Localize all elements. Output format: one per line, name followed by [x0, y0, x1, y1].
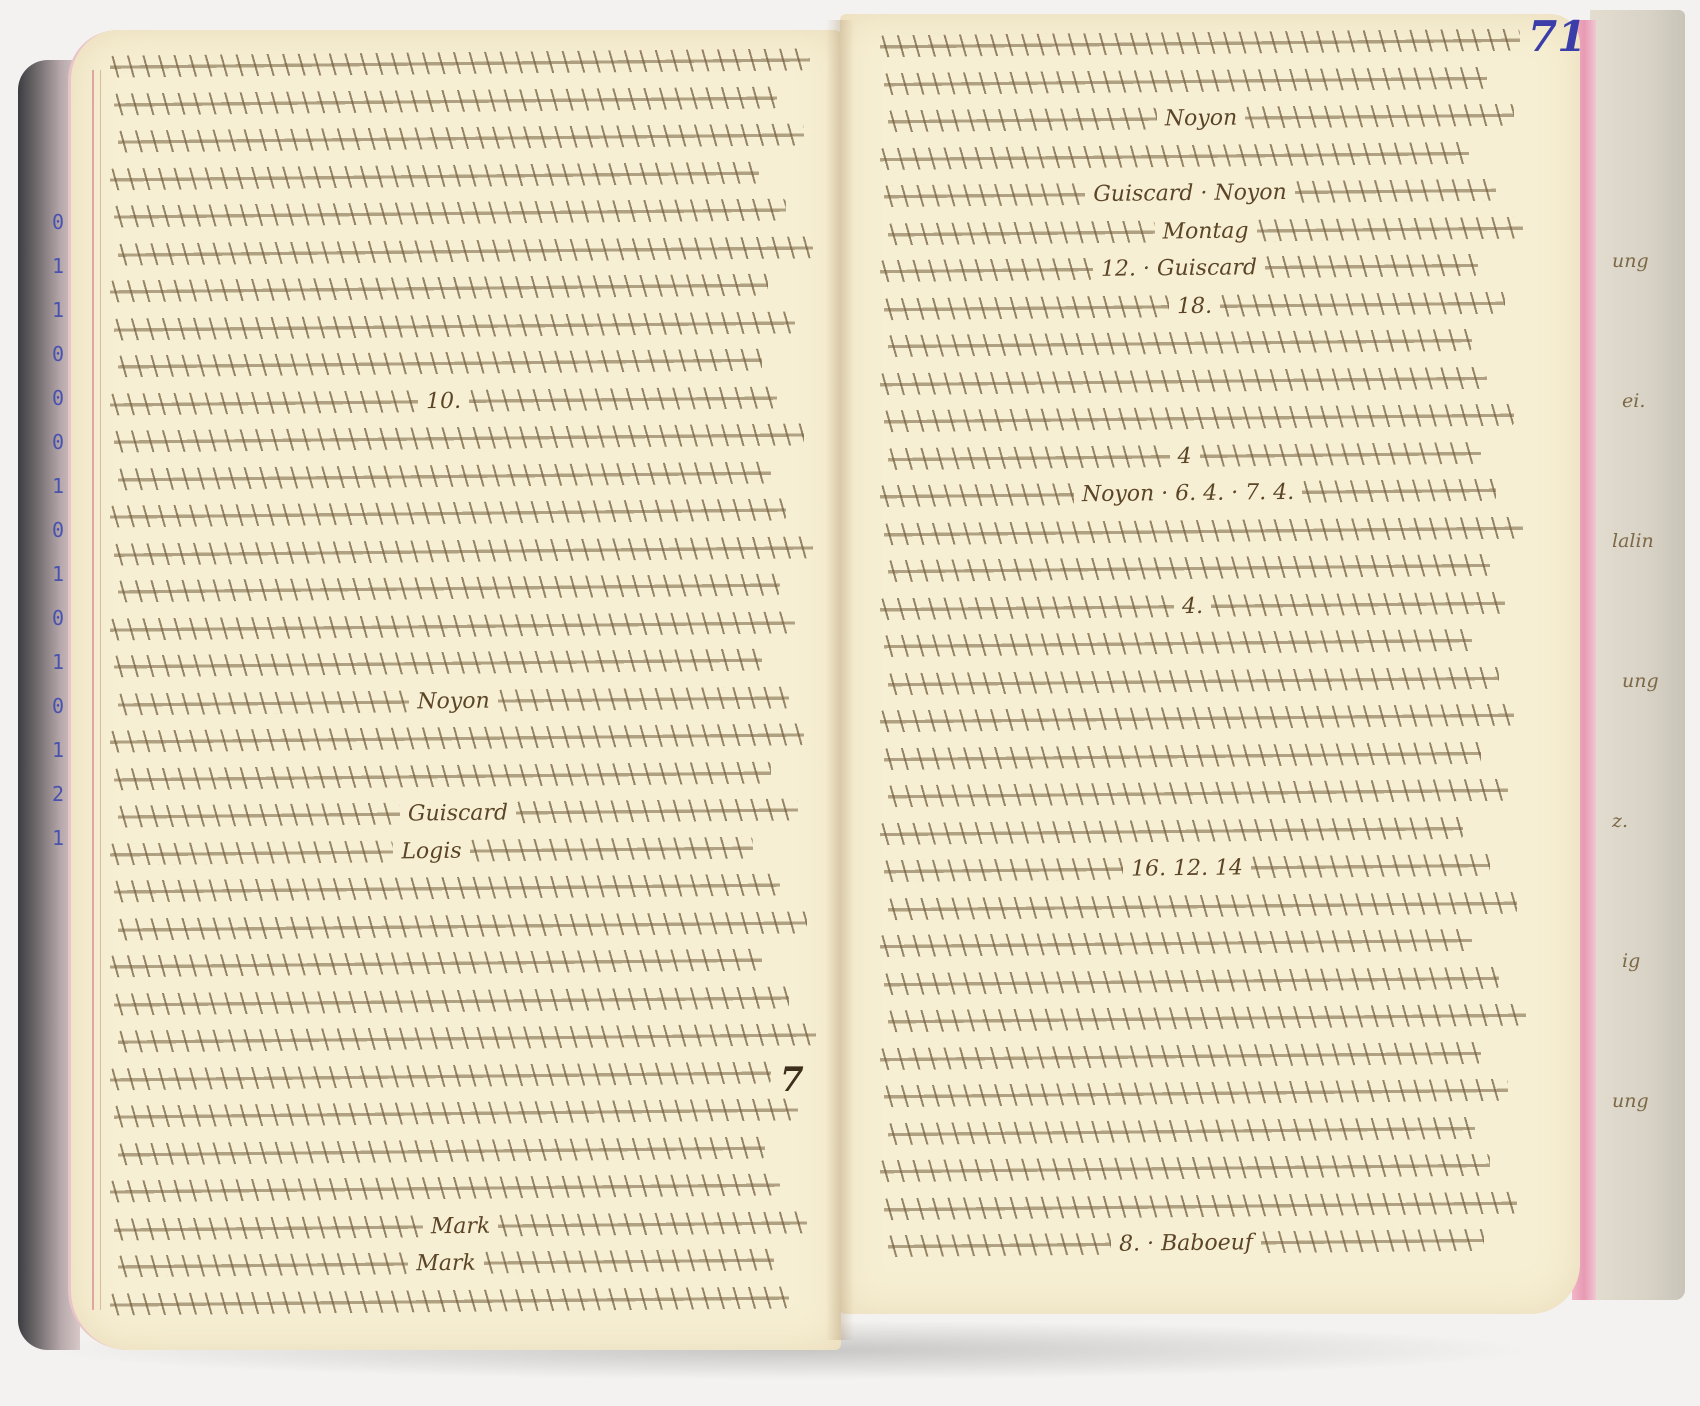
ink-stroke: [880, 595, 1174, 620]
facing-page-fragment: ei.: [1622, 390, 1645, 412]
ink-stroke: [110, 1173, 780, 1202]
ink-stroke: [118, 349, 762, 378]
ink-stroke: [516, 798, 798, 823]
legible-fragment: Guiscard: [400, 800, 516, 826]
right_page-handwritten-line: [888, 887, 1517, 924]
ink-stroke: [888, 220, 1155, 245]
legible-fragment: Mark: [408, 1250, 484, 1276]
tally-mark: 0: [52, 684, 82, 728]
ink-stroke: [1256, 216, 1523, 241]
tally-mark: 0: [52, 200, 82, 244]
ink-stroke: [884, 183, 1086, 207]
facing-page-fragment: z.: [1612, 810, 1628, 832]
ink-stroke: [118, 911, 807, 940]
right_page-handwritten-line: 4.: [880, 587, 1505, 624]
tally-mark: 1: [52, 244, 82, 288]
ink-stroke: [888, 1004, 1526, 1033]
legible-fragment: 4: [1169, 443, 1199, 468]
ink-stroke: [880, 1041, 1481, 1069]
ink-stroke: [114, 198, 786, 227]
left_page-handwritten-line: 10.: [110, 382, 777, 419]
tally-mark: 0: [52, 332, 82, 376]
left_page-handwritten-line: [114, 307, 795, 344]
ink-stroke: [884, 1079, 1508, 1108]
ink-stroke: [114, 311, 795, 340]
ink-stroke: [880, 366, 1487, 394]
ink-stroke: [1265, 254, 1478, 278]
facing-page-fragment: ig: [1622, 950, 1640, 972]
book-gutter: [826, 20, 854, 1340]
ink-stroke: [1220, 291, 1505, 316]
ink-stroke: [110, 1286, 789, 1315]
ink-stroke: [118, 690, 410, 715]
facing-page-fragment: ung: [1622, 670, 1659, 692]
legible-fragment: 10.: [418, 388, 469, 414]
ink-stroke: [114, 86, 777, 115]
ink-stroke: [1295, 179, 1497, 203]
left_page-handwritten-line: [118, 1132, 765, 1169]
ink-stroke: [110, 723, 804, 752]
right_page-handwritten-line: [880, 925, 1472, 961]
tally-mark: 1: [52, 464, 82, 508]
ink-stroke: [110, 48, 810, 77]
ink-stroke: [114, 649, 762, 678]
right_page-handwritten-line: 18.: [884, 287, 1505, 324]
left_page-handwritten-line: [114, 982, 789, 1019]
tally-mark: 0: [52, 596, 82, 640]
ink-stroke: [884, 741, 1481, 769]
ink-stroke: [114, 986, 789, 1015]
ink-stroke: [1199, 441, 1481, 466]
right_page-handwritten-line: [880, 1150, 1490, 1186]
ink-stroke: [118, 236, 813, 265]
ink-stroke: [888, 107, 1157, 132]
ink-stroke: [118, 1252, 408, 1277]
right_page-handwritten-line: [880, 1037, 1481, 1073]
ink-stroke: [110, 1061, 771, 1090]
ink-stroke: [880, 704, 1514, 733]
ink-stroke: [888, 666, 1499, 694]
legible-fragment: Mark: [423, 1213, 499, 1239]
ink-stroke: [884, 629, 1472, 657]
left_page-handwritten-line: [114, 82, 777, 119]
ink-stroke: [888, 554, 1490, 582]
margin-rule: [92, 70, 94, 1310]
ink-stroke: [110, 390, 418, 415]
left_page-handwritten-line: [110, 157, 759, 194]
right_page-handwritten-line: Guiscard · Noyon: [884, 175, 1496, 211]
tally-mark: 1: [52, 552, 82, 596]
right_page-handwritten-line: 16. 12. 14: [884, 850, 1490, 886]
legible-fragment: Montag: [1154, 217, 1256, 243]
ink-stroke: [884, 858, 1123, 883]
ink-stroke: [469, 386, 777, 411]
ink-stroke: [880, 29, 1520, 58]
ink-stroke: [888, 445, 1170, 470]
ink-stroke: [1261, 1229, 1484, 1253]
ink-stroke: [884, 1191, 1517, 1220]
facing-page-fragment: lalin: [1612, 530, 1654, 552]
ink-stroke: [110, 274, 768, 303]
left_page-handwritten-line: Logis: [110, 832, 753, 869]
tally-mark: 0: [52, 376, 82, 420]
ink-stroke: [114, 536, 813, 565]
tally-mark: 0: [52, 508, 82, 552]
ink-stroke: [118, 1136, 765, 1165]
ink-stroke: [880, 141, 1469, 169]
ink-stroke: [1251, 854, 1490, 879]
right_page-handwritten-line: [888, 662, 1499, 698]
ink-stroke: [884, 516, 1523, 545]
ink-stroke: [880, 1154, 1490, 1182]
ink-stroke: [110, 840, 394, 865]
ink-stroke: [880, 483, 1074, 507]
ink-stroke: [884, 404, 1514, 433]
margin-rule-inner: [100, 70, 101, 1310]
ink-stroke: [1245, 104, 1514, 129]
page-number: 71: [1528, 12, 1586, 61]
ink-stroke: [498, 1211, 807, 1236]
tally-mark: 1: [52, 728, 82, 772]
facing-page-fragment: ung: [1612, 250, 1649, 272]
ink-stroke: [118, 461, 771, 490]
ink-stroke: [884, 966, 1499, 994]
right_page-handwritten-line: [888, 1112, 1475, 1148]
ink-stroke: [888, 1233, 1111, 1257]
right_page-handwritten-line: [880, 137, 1469, 173]
right_page-handwritten-line: 8. · Baboeuf: [888, 1225, 1484, 1261]
left_page-handwritten-line: [118, 457, 771, 494]
left_page-handwritten-line: [110, 1057, 771, 1094]
right_page-handwritten-line: [888, 325, 1472, 361]
ink-stroke: [498, 686, 790, 711]
ink-stroke: [118, 123, 804, 152]
ink-stroke: [110, 611, 795, 640]
ink-stroke: [114, 1098, 798, 1127]
ink-stroke: [884, 66, 1487, 94]
right_page-handwritten-line: 12. · Guiscard: [880, 250, 1478, 286]
legible-fragment: Noyon · 6. 4. · 7. 4.: [1074, 479, 1302, 506]
ink-stroke: [888, 1116, 1475, 1144]
legible-fragment: Noyon: [1157, 105, 1246, 131]
left_page-handwritten-line: Noyon: [118, 682, 789, 719]
ink-stroke: [118, 803, 400, 828]
ink-stroke: [118, 574, 780, 603]
ink-stroke: [110, 949, 762, 978]
ink-stroke: [880, 929, 1472, 957]
right_page-handwritten-line: [884, 512, 1523, 549]
ink-stroke: [1211, 591, 1505, 616]
legible-fragment: 8. · Baboeuf: [1111, 1230, 1261, 1257]
ink-stroke: [110, 161, 759, 190]
ink-stroke: [880, 258, 1093, 282]
right_page-handwritten-line: [884, 625, 1472, 661]
right_page-handwritten-line: [884, 62, 1487, 98]
ink-stroke: [114, 874, 780, 903]
ink-stroke: [888, 891, 1517, 920]
legible-fragment: 4.: [1174, 593, 1211, 618]
left_page-handwritten-line: [114, 757, 771, 794]
right_page-handwritten-line: [884, 962, 1499, 998]
ink-stroke: [114, 423, 804, 452]
legible-fragment: 16. 12. 14: [1123, 855, 1251, 881]
left_page-handwritten-line: [110, 1282, 789, 1319]
tally-mark: 1: [52, 816, 82, 860]
legible-fragment: 12. · Guiscard: [1093, 255, 1265, 282]
margin-mark: 7: [780, 1060, 804, 1100]
legible-fragment: 18.: [1169, 293, 1220, 319]
ink-stroke: [110, 498, 786, 527]
right_page-handwritten-line: Montag: [888, 212, 1523, 249]
tally-mark: 2: [52, 772, 82, 816]
ink-stroke: [888, 329, 1472, 357]
tally-mark: 1: [52, 640, 82, 684]
right_page-handwritten-line: [880, 362, 1487, 398]
ink-stroke: [118, 1023, 816, 1052]
facing-page-fragment: ung: [1612, 1090, 1649, 1112]
right_page-handwritten-line: [888, 550, 1490, 586]
legible-fragment: Guiscard · Noyon: [1085, 179, 1295, 206]
ink-stroke: [884, 295, 1169, 320]
ink-stroke: [484, 1249, 774, 1274]
ink-stroke: [114, 761, 771, 790]
ink-stroke: [1302, 479, 1496, 503]
ink-stroke: [880, 816, 1463, 844]
right_page-handwritten-line: 4: [888, 437, 1481, 473]
right_page-handwritten-line: [880, 812, 1463, 848]
tally-mark: 1: [52, 288, 82, 332]
blue-margin-tally: 011000101010121: [52, 200, 82, 860]
legible-fragment: Noyon: [409, 688, 498, 714]
ink-stroke: [470, 836, 754, 861]
ink-stroke: [888, 779, 1508, 807]
ink-stroke: [114, 1215, 423, 1240]
legible-fragment: Logis: [393, 838, 470, 864]
tally-mark: 0: [52, 420, 82, 464]
right_page-handwritten-line: [884, 1187, 1517, 1224]
right_page-handwritten-line: [884, 737, 1481, 773]
